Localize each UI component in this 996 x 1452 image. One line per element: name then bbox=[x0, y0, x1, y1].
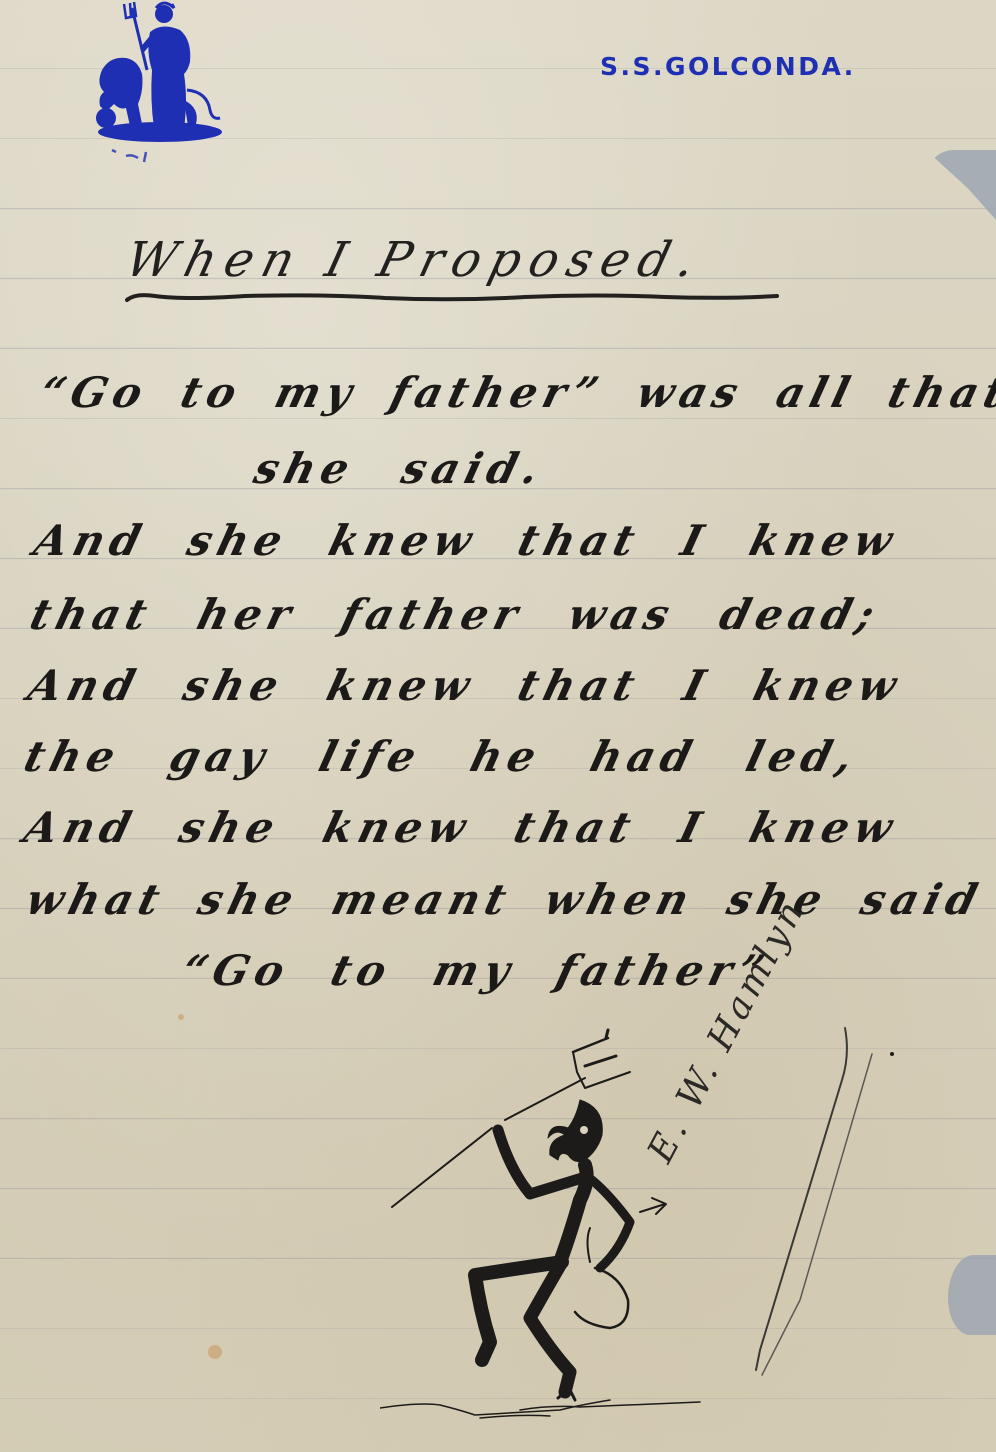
poem-line-9: “Go to my father” bbox=[178, 950, 774, 992]
poem-line-8: what she meant when she said bbox=[22, 879, 987, 921]
letter-sheet: S.S.GOLCONDA. When I Proposed. “Go to my… bbox=[0, 0, 996, 1452]
paper-tear-top-right bbox=[926, 150, 996, 220]
title-underline bbox=[125, 290, 780, 304]
paper-stain bbox=[178, 1014, 184, 1020]
poem-line-1: “Go to my father” was all that bbox=[36, 372, 996, 414]
poem-line-2: she said. bbox=[250, 448, 549, 490]
poem-line-7: And she knew that I knew bbox=[20, 807, 902, 849]
paper-stain bbox=[208, 1345, 222, 1359]
britannia-crest-icon bbox=[92, 0, 232, 165]
poem-line-4: that her father was dead; bbox=[26, 594, 884, 636]
poem-line-5: And she knew that I knew bbox=[24, 665, 906, 707]
ship-name-letterhead: S.S.GOLCONDA. bbox=[600, 52, 856, 81]
poem-line-6: the gay life he had led, bbox=[20, 736, 863, 778]
poem-title: When I Proposed. bbox=[120, 232, 710, 288]
paper-tear-bottom-right bbox=[948, 1255, 996, 1335]
poem-line-3: And she knew that I knew bbox=[30, 520, 902, 562]
devil-with-trident-icon bbox=[380, 1000, 900, 1440]
